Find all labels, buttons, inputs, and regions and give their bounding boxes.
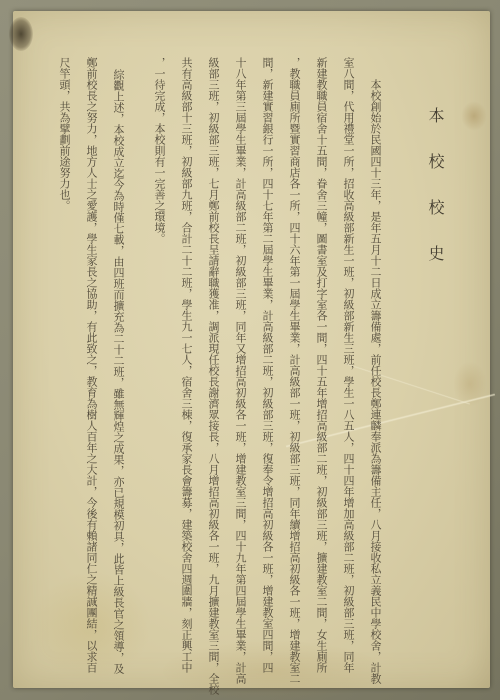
text-column: 鄭前校長之努力，地方人士之愛護，學生家長之協助，有此致之，教育為樹人百年之大計，… <box>77 57 104 691</box>
faded-stain <box>453 361 487 407</box>
text-column: 尺竿頭，共為擘劃前途努力也。 <box>50 57 77 691</box>
text-column: 綜觀上述，本校成立迄今為時僅七載，由四班而擴充為二十二班，雖無輝煌之成果，亦已規… <box>104 57 131 691</box>
text-column: 室八間，代用禮堂一所，招收高級部新生一班，初級部新生三班，學生一八五人，四十四年… <box>334 57 361 691</box>
text-column: 十八年第三屆學生畢業，計高級部二班，初級部三班，同年又增招高初級各一班，增建教室… <box>226 57 253 691</box>
rust-stain <box>461 101 487 131</box>
text-column: ，教職員廁所暨實習商店各一所，四十六年第一屆學生畢業，計高級部一班，初級部三班，… <box>280 57 307 691</box>
paper-page: 本校校史 本校創始於民國四十三年，是年五月十二日成立籌備處，前任校長鄭連麟奉派為… <box>13 11 490 688</box>
ink-blot-stain <box>9 17 33 51</box>
text-column: 共有高級部十三班，初級部九班，合計二十二班，學生九一七人，宿舍三棟，復承家長會籌… <box>172 57 199 691</box>
text-column: 新建教職員宿舍十五間，眷舍三幢，圖書室及打字室各一間，四十五年增招高級部二班，初… <box>307 57 334 691</box>
page-title: 本校校史 <box>423 107 446 291</box>
text-column: 級部三班，初級部三班，七月鄭前校長呈請辭職獲准，調派現任校長謝濟眾接長，八月增招… <box>199 57 226 691</box>
text-column: 本校創始於民國四十三年，是年五月十二日成立籌備處，前任校長鄭連麟奉派為籌備主任，… <box>361 57 388 691</box>
text-column: ，一待完成，本校則有一完善之環境。 <box>145 57 172 691</box>
body-text: 本校創始於民國四十三年，是年五月十二日成立籌備處，前任校長鄭連麟奉派為籌備主任，… <box>50 57 388 691</box>
text-column: 間，新建實習銀行一所，四十七年第二屆學生畢業，計高級部二班，初級部三班，復奉令增… <box>253 57 280 691</box>
